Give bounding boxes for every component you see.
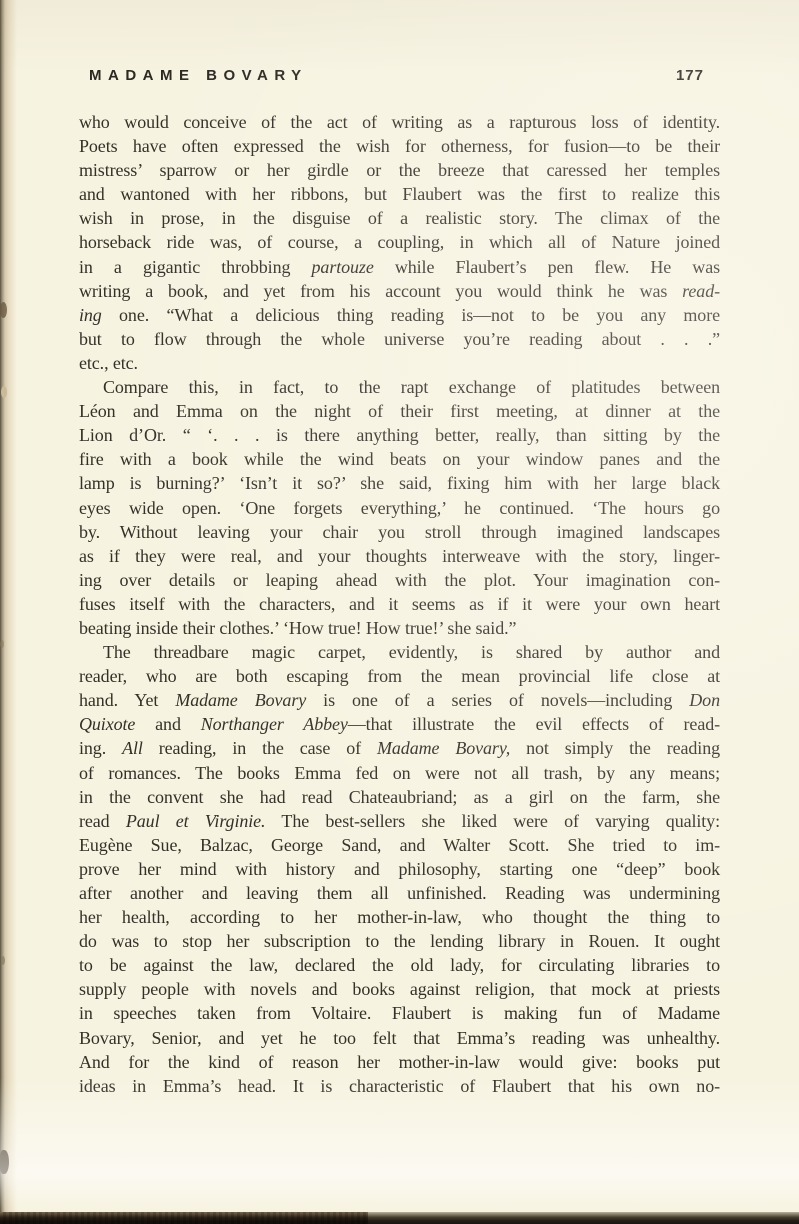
text-line: etc., etc. <box>79 351 720 375</box>
text-line: by. Without leaving your chair you strol… <box>79 520 720 544</box>
text-line: Bovary, Senior, and yet he too felt that… <box>79 1026 720 1050</box>
text-line: her health, according to her mother-in-l… <box>79 905 720 929</box>
text-line: ideas in Emma’s head. It is characterist… <box>79 1074 720 1098</box>
text-line: after another and leaving them all unfin… <box>79 881 720 905</box>
text-line: wish in prose, in the disguise of a real… <box>79 206 720 230</box>
text-line: eyes wide open. ‘One forgets everything,… <box>79 496 720 520</box>
text-line: writing a book, and yet from his account… <box>79 279 720 303</box>
page-number: 177 <box>676 67 704 84</box>
book-bottom-edge <box>0 1212 799 1224</box>
text-line: horseback ride was, of course, a couplin… <box>79 230 720 254</box>
book-page-scan: MADAME BOVARY 177 who would conceive of … <box>0 0 799 1224</box>
scan-artifact <box>0 302 7 318</box>
scan-artifact <box>1 386 7 398</box>
text-line: Poets have often expressed the wish for … <box>79 134 720 158</box>
text-line: ing. All reading, in the case of Madame … <box>79 736 720 760</box>
text-line: to be against the law, declared the old … <box>79 953 720 977</box>
text-line: in speeches taken from Voltaire. Flauber… <box>79 1001 720 1025</box>
text-line: in the convent she had read Chateaubrian… <box>79 785 720 809</box>
text-line: who would conceive of the act of writing… <box>79 110 720 134</box>
text-line: fire with a book while the wind beats on… <box>79 447 720 471</box>
text-line: as if they were real, and your thoughts … <box>79 544 720 568</box>
text-line: fuses itself with the characters, and it… <box>79 592 720 616</box>
text-line: And for the kind of reason her mother-in… <box>79 1050 720 1074</box>
text-line: supply people with novels and books agai… <box>79 977 720 1001</box>
text-line: beating inside their clothes.’ ‘How true… <box>79 616 720 640</box>
running-head: MADAME BOVARY 177 <box>79 67 704 84</box>
text-line: The threadbare magic carpet, evidently, … <box>79 640 720 664</box>
text-line: reader, who are both escaping from the m… <box>79 664 720 688</box>
text-line: Quixote and Northanger Abbey—that illust… <box>79 712 720 736</box>
text-line: lamp is burning?’ ‘Isn’t it so?’ she sai… <box>79 471 720 495</box>
text-line: read Paul et Virginie. The best-sellers … <box>79 809 720 833</box>
text-line: Eugène Sue, Balzac, George Sand, and Wal… <box>79 833 720 857</box>
text-line: do was to stop her subscription to the l… <box>79 929 720 953</box>
scan-artifact <box>0 640 4 648</box>
text-line: of romances. The books Emma fed on were … <box>79 761 720 785</box>
text-line: Compare this, in fact, to the rapt excha… <box>79 375 720 399</box>
text-line: mistress’ sparrow or her girdle or the b… <box>79 158 720 182</box>
text-line: Léon and Emma on the night of their firs… <box>79 399 720 423</box>
running-head-title: MADAME BOVARY <box>79 67 308 84</box>
text-line: Lion d’Or. “ ‘. . . is there anything be… <box>79 423 720 447</box>
body-text: who would conceive of the act of writing… <box>79 110 720 1098</box>
text-line: in a gigantic throbbing partouze while F… <box>79 255 720 279</box>
scan-artifact <box>0 1150 9 1174</box>
scan-artifact <box>1 956 5 965</box>
text-line: and wantoned with her ribbons, but Flaub… <box>79 182 720 206</box>
text-line: but to flow through the whole universe y… <box>79 327 720 351</box>
text-line: ing over details or leaping ahead with t… <box>79 568 720 592</box>
text-line: ing one. “What a delicious thing reading… <box>79 303 720 327</box>
book-binding-edge <box>0 0 18 1224</box>
text-line: hand. Yet Madame Bovary is one of a seri… <box>79 688 720 712</box>
text-line: prove her mind with history and philosop… <box>79 857 720 881</box>
